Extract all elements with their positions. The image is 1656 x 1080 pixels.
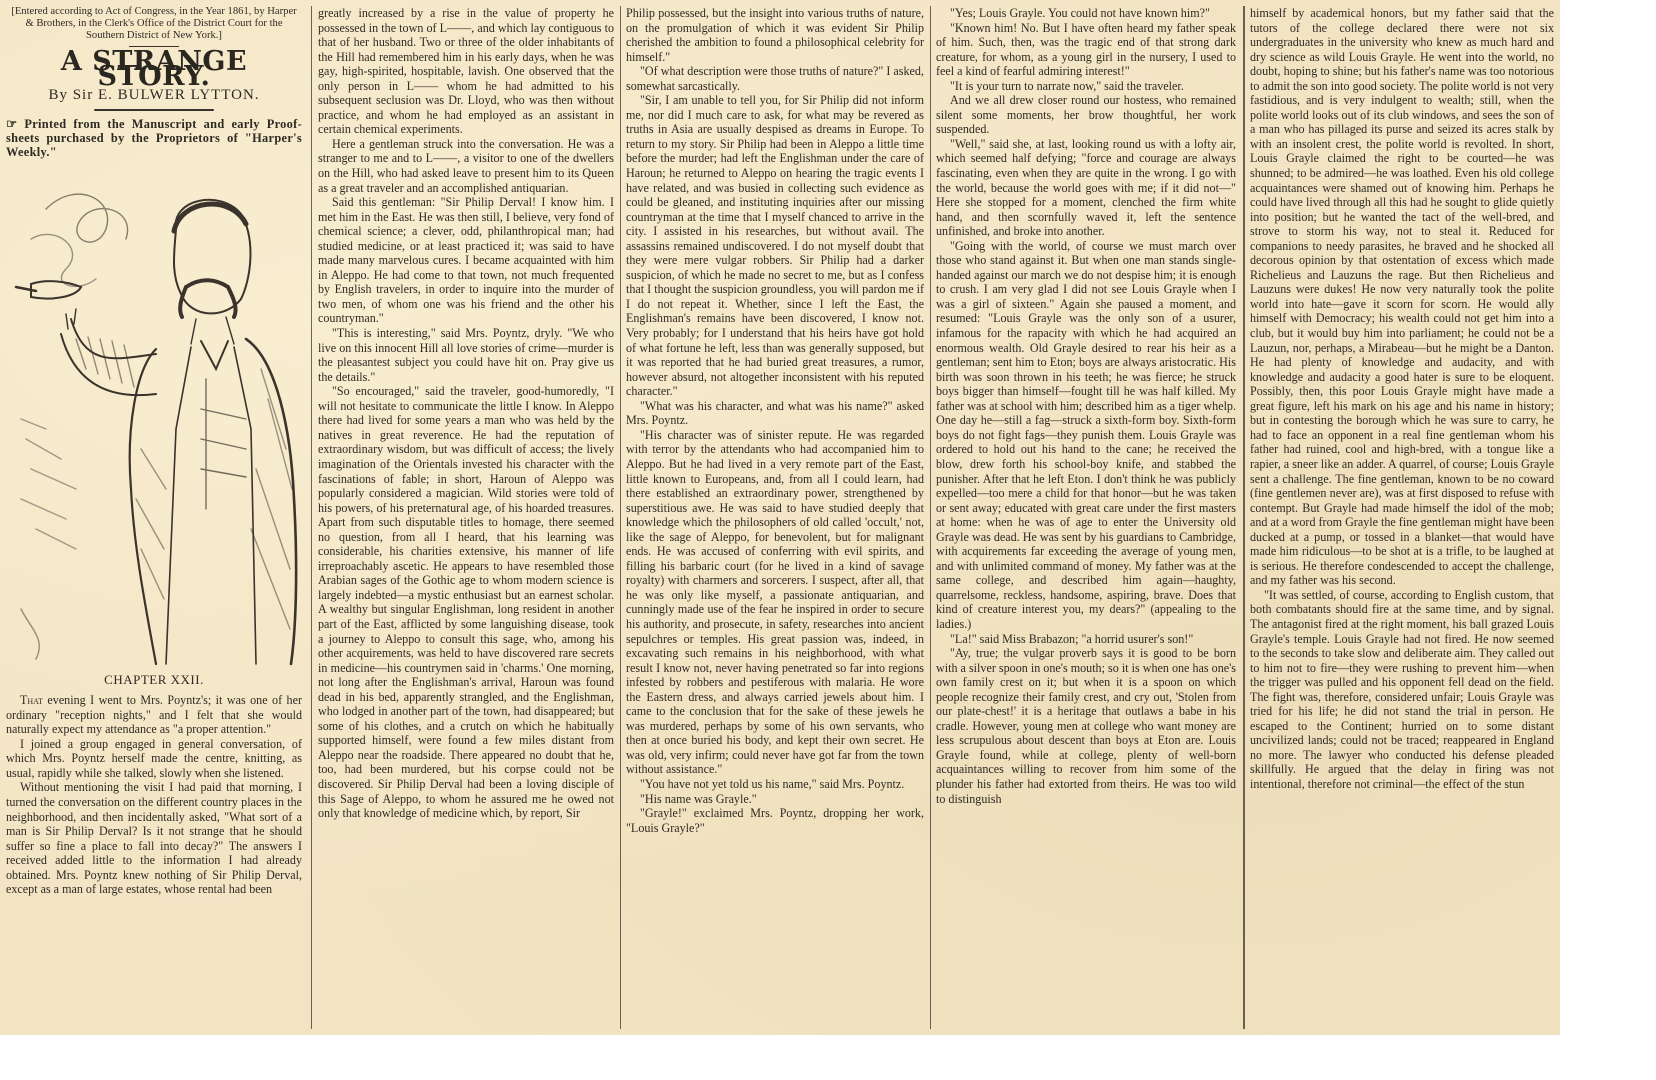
ornamental-divider (94, 109, 214, 111)
pointing-hand-icon: ☞ (6, 117, 17, 131)
paragraph: Philip possessed, but the insight into v… (626, 6, 924, 64)
paragraph: "So encouraged," said the traveler, good… (318, 384, 614, 820)
paragraph: And we all drew closer round our hostess… (936, 93, 1236, 137)
paragraph: Here a gentleman struck into the convers… (318, 137, 614, 195)
gentleman-with-cigar-illustration (6, 169, 302, 669)
column-1: [Entered according to Act of Congress, i… (6, 6, 302, 1027)
story-title: A STRANGE STORY. (6, 55, 302, 84)
publication-note: ☞ Printed from the Manuscript and early … (6, 117, 302, 159)
engraving-illustration (6, 169, 302, 669)
paragraph: "His character was of sinister repute. H… (626, 428, 924, 777)
byline: By Sir E. BULWER LYTTON. (6, 88, 302, 103)
paragraph: greatly increased by a rise in the value… (318, 6, 614, 137)
column-3: Philip possessed, but the insight into v… (626, 6, 924, 1027)
paragraph: "This is interesting," said Mrs. Poyntz,… (318, 326, 614, 384)
column-4: "Yes; Louis Grayle. You could not have k… (936, 6, 1236, 1027)
paragraph: "La!" said Miss Brabazon; "a horrid usur… (936, 632, 1236, 647)
paragraph: That evening I went to Mrs. Poyntz's; it… (6, 693, 302, 737)
paragraph: "Going with the world, of course we must… (936, 239, 1236, 632)
paragraph: "What was his character, and what was hi… (626, 399, 924, 428)
paragraph: "Yes; Louis Grayle. You could not have k… (936, 6, 1236, 21)
copyright-notice: [Entered according to Act of Congress, i… (10, 6, 298, 42)
chapter-heading: CHAPTER XXII. (6, 673, 302, 688)
column-rule (311, 6, 312, 1029)
paragraph: "Grayle!" exclaimed Mrs. Poyntz, droppin… (626, 806, 924, 835)
column-rule (620, 6, 621, 1029)
column-5: himself by academical honors, but my fat… (1250, 6, 1554, 1027)
paragraph: himself by academical honors, but my fat… (1250, 6, 1554, 588)
paragraph: "It was settled, of course, according to… (1250, 588, 1554, 792)
paragraph: "Sir, I am unable to tell you, for Sir P… (626, 93, 924, 398)
paragraph: Without mentioning the visit I had paid … (6, 780, 302, 896)
publication-note-text: Printed from the Manuscript and early Pr… (6, 117, 302, 159)
paragraph: I joined a group engaged in general conv… (6, 737, 302, 781)
paragraph: "His name was Grayle." (626, 792, 924, 807)
lead-word: That (20, 693, 43, 707)
paragraph: "Ay, true; the vulgar proverb says it is… (936, 646, 1236, 806)
paragraph: "Known him! No. But I have often heard m… (936, 21, 1236, 79)
paragraph: "It is your turn to narrate now," said t… (936, 79, 1236, 94)
column-rule (930, 6, 931, 1029)
column-2: greatly increased by a rise in the value… (318, 6, 614, 1027)
paragraph: "Of what description were those truths o… (626, 64, 924, 93)
column-rule (1243, 6, 1245, 1029)
paragraph: "Well," said she, at last, looking round… (936, 137, 1236, 239)
paragraph: Said this gentleman: "Sir Philip Derval!… (318, 195, 614, 326)
paragraph: "You have not yet told us his name," sai… (626, 777, 924, 792)
newspaper-page: [Entered according to Act of Congress, i… (0, 0, 1560, 1035)
